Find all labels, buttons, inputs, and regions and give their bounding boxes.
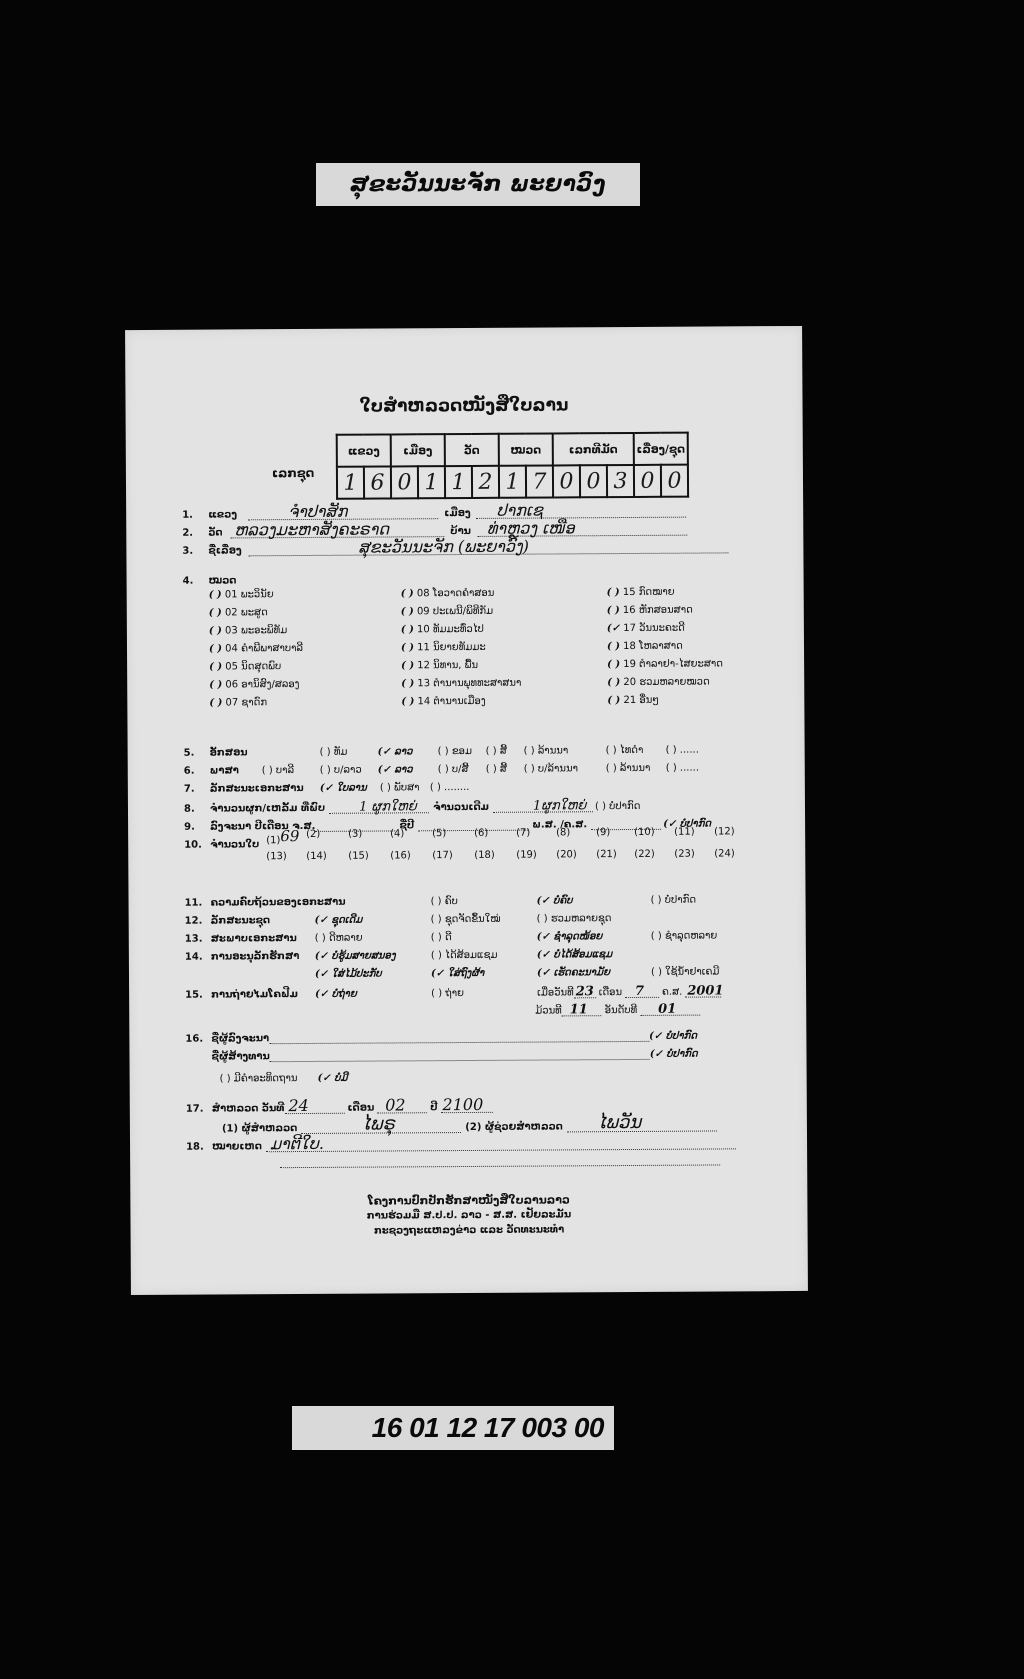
script-option-tham[interactable]: ( ) ທັມ <box>320 747 378 758</box>
leaf-count-8[interactable]: (8) <box>556 827 570 838</box>
language-option-other[interactable]: ( ) ...... <box>666 763 699 774</box>
header-bundle-no: ເລກທີມັດ <box>553 433 634 465</box>
field-number: 4. <box>183 576 209 587</box>
code-digit: 1 <box>418 466 445 498</box>
leaf-count-7[interactable]: (7) <box>516 828 530 839</box>
code-digit: 0 <box>580 465 607 497</box>
remarks-line-2[interactable] <box>280 1154 720 1168</box>
leaf-count-13[interactable]: (13) <box>266 851 287 862</box>
leaf-count-17[interactable]: (17) <box>432 850 453 861</box>
donor-field[interactable] <box>270 1047 650 1062</box>
field-number: 10. <box>184 840 210 851</box>
fascicles-original-label: ຈຳນວນເດີມ <box>433 802 489 813</box>
title-value: ສຸຂະວັນນະຈັກ (ພະຍາວົງ) <box>358 537 529 557</box>
footer-project-name: ໂຄງການປົກປັກຮັກສາໜັງສືໃບລານລາວ <box>130 1192 807 1209</box>
category-option-07[interactable]: ( ) 07 ຊາດົກ <box>209 697 267 708</box>
field-12-set-type: 12. ລັກສະນະຊຸດ (✓ ຊຸດເດີມ ( ) ຊຸດຈັດຂຶ້ນ… <box>185 913 612 927</box>
province-value: ຈຳປາສັກ <box>288 502 347 521</box>
donor-unknown-option[interactable]: (✓ ບໍ່ປາກົດ <box>650 1049 698 1060</box>
code-digit: 0 <box>661 465 688 497</box>
language-option-pali-lao[interactable]: ( ) ບ/ລາວ <box>320 765 378 776</box>
film-day-value: 23 <box>576 984 594 999</box>
material-option-other[interactable]: ( ) ........ <box>430 782 470 793</box>
field-number: 2. <box>182 528 208 539</box>
category-options: ( ) 01 ພະວິນັຍ ( ) 02 ພະສູດ ( ) 03 ພະອະພ… <box>209 586 770 714</box>
category-option-09[interactable]: ( ) 09 ປະເພນີ/ພິທີກັມ <box>401 606 493 618</box>
village-field[interactable]: ທ່າຫຼວງ ເໜືອ <box>477 523 687 537</box>
category-option-08[interactable]: ( ) 08 ໂອວາດຄຳສອນ <box>401 588 495 600</box>
assistant-value: ໄພວັນ <box>597 1112 642 1133</box>
sequence-field[interactable]: 01 <box>640 1003 700 1016</box>
header-category: ໝວດ <box>499 433 553 465</box>
temple-value: ຫລວງມະຫາສັງຄະຣາດ <box>234 519 389 539</box>
category-label: ໝວດ <box>209 575 237 586</box>
field-number: 11. <box>185 898 211 909</box>
code-digit: 2 <box>472 466 499 498</box>
leaf-count-2[interactable]: (2) <box>306 829 320 840</box>
field-number: 18. <box>186 1142 212 1153</box>
category-option-06[interactable]: ( ) 06 ອານິສົງ/ສລອງ <box>209 679 299 691</box>
field-17-surveyors: (1) ຜູ້ສຳຫລວດ ໄພຣຸ (2) ຜູ້ຊ່ວຍສຳຫລວດ ໄພວ… <box>222 1118 717 1134</box>
field-8-fascicles: 8. ຈຳນວນຜູກ/ເຫລັ້ມ ທີ່ພົບ 1 ຜູກໃຫຍ່ ຈຳນວ… <box>184 799 641 815</box>
assistant-label: (2) ຜູ້ຊ່ວຍສຳຫລວດ <box>465 1121 563 1133</box>
fascicles-found-field[interactable]: 1 ຜູກໃຫຍ່ <box>329 800 429 814</box>
surveyor-value: ໄພຣຸ <box>361 1113 395 1134</box>
assistant-field[interactable]: ໄພວັນ <box>567 1118 717 1132</box>
category-option-10[interactable]: ( ) 10 ທັມມະທົ່ວໄປ <box>401 624 484 636</box>
fascicles-found-value: 1 ຜູກໃຫຍ່ <box>359 799 417 814</box>
category-option-15[interactable]: ( ) 15 ກົດໝາຍ <box>607 587 675 598</box>
surveyor-label: (1) ຜູ້ສຳຫລວດ <box>222 1123 297 1134</box>
completeness-option-incomplete[interactable]: (✓ ບໍ່ຄົບ <box>537 895 651 907</box>
field-14-preservation: 14. ການອະນຸລັກຮັກສາ (✓ ບໍ່ຮູ້ມສາຍສນອງ ( … <box>185 949 612 963</box>
sequence-label: ອັນດັບທີ <box>605 1005 637 1016</box>
code-digit: 3 <box>607 465 634 497</box>
province-label: ແຂວງ <box>208 509 248 520</box>
scribe-field[interactable] <box>269 1029 649 1044</box>
registration-label: ເລກຊຸດ <box>272 466 314 480</box>
field-17-survey-date: 17. ສຳຫລວດ ວັນທີ 24 ເດືອນ 02 ປີ 2100 <box>186 1100 493 1115</box>
category-option-05[interactable]: ( ) 05 ນິດສຸດພົບ <box>209 661 281 672</box>
title-field[interactable]: ສຸຂະວັນນະຈັກ (ພະຍາວົງ) <box>248 540 728 556</box>
film-day-field[interactable]: 23 <box>574 985 596 998</box>
leaf-count-24[interactable]: (24) <box>714 848 735 859</box>
field-16-blessing: ( ) ມີຄຳອະທິດຖານ (✓ ບໍ່ມີ <box>220 1073 348 1085</box>
category-option-04[interactable]: ( ) 04 ຄຳພີພາສາບາລີ <box>209 643 303 655</box>
leaf-count-19[interactable]: (19) <box>516 850 537 861</box>
field-15-microfilm: 15. ການຖ່າຍໄມໂຄຟີມ (✓ ບໍ່ຖ່າຍ ( ) ຖ່າຍ ເ… <box>185 984 721 1000</box>
field-14-preservation-continued: (✓ ໃສ່ໄມ້ປະກັບ (✓ ໃສ່ຖົງຜ້າ (✓ ເຮັດຄະນາມ… <box>185 966 719 980</box>
code-digit: 6 <box>364 466 391 498</box>
set-type-option-original[interactable]: (✓ ຊຸດເດີມ <box>315 914 431 926</box>
condition-label: ສະພາບເອກະສານ <box>211 933 315 945</box>
field-4-category: 4. ໝວດ <box>183 575 237 586</box>
temple-field[interactable]: ຫລວງມະຫາສັງຄະຣາດ <box>230 524 444 538</box>
title-label: ຊື່ເລື່ອງ <box>208 545 248 556</box>
field-number: 5. <box>184 748 210 759</box>
material-option-mulberry-paper[interactable]: ( ) ພັບສາ <box>380 782 430 793</box>
code-digit: 1 <box>499 466 526 498</box>
field-1-province-district: 1. ແຂວງ ຈຳປາສັກ ເມືອງ ປາກເຊ <box>182 505 687 521</box>
preservation-option-1[interactable]: (✓ ບໍ່ຮູ້ມສາຍສນອງ <box>315 950 431 962</box>
header-title-set: ເລື່ອງ/ຊຸດ <box>634 433 688 465</box>
preservation-option-wooden-covers[interactable]: (✓ ໃສ່ໄມ້ປະກັບ <box>315 968 431 980</box>
survey-day-field[interactable]: 24 <box>284 1101 344 1114</box>
scribe-label: ຊື່ຜູ້ລົງຈະນາ <box>211 1033 269 1044</box>
category-option-21[interactable]: ( ) 21 ອື່ນໆ <box>607 695 659 706</box>
microfilm-code-label: 16 01 12 17 003 00 <box>292 1406 614 1450</box>
leaf-count-9[interactable]: (9) <box>596 827 610 838</box>
microfilm-option-not-filmed[interactable]: (✓ ບໍ່ຖ່າຍ <box>315 988 431 1000</box>
header-temple: ວັດ <box>445 434 499 466</box>
condition-option-good[interactable]: ( ) ດີ <box>431 932 537 944</box>
category-option-01[interactable]: ( ) 01 ພະວິນັຍ <box>209 589 274 600</box>
leaf-count-16[interactable]: (16) <box>390 850 411 861</box>
field-number: 8. <box>184 804 210 815</box>
field-15-roll: ມ້ວນທີ 11 ອັນດັບທີ 01 <box>535 1003 700 1017</box>
completeness-label: ຄວາມຄົບຖ້ວນຂອງເອກະສານ <box>211 896 431 908</box>
film-month-field[interactable]: 7 <box>625 985 659 998</box>
survey-date-label: ສຳຫລວດ ວັນທີ <box>212 1103 285 1114</box>
leaf-count-label: ຈຳນວນໃບ <box>210 839 272 850</box>
field-number: 7. <box>184 784 210 795</box>
leaf-count-22[interactable]: (22) <box>634 849 655 860</box>
field-16-donor: ຊື່ຜູ້ສ້າງທານ (✓ ບໍ່ປາກົດ <box>185 1047 697 1063</box>
scribe-unknown-option[interactable]: (✓ ບໍ່ປາກົດ <box>649 1031 697 1042</box>
district-label: ເມືອງ <box>444 508 471 519</box>
category-option-16[interactable]: ( ) 16 ຫັກສອນສາດ <box>607 605 693 617</box>
language-option-pali[interactable]: ( ) ບາລີ <box>262 765 320 776</box>
district-value: ປາກເຊ <box>497 501 543 520</box>
category-option-17[interactable]: (✓ 17 ວັນນະຄະດີ <box>607 623 685 634</box>
material-option-palm-leaf[interactable]: (✓ ໃບລານ <box>320 783 380 794</box>
category-option-19[interactable]: ( ) 19 ຕຳລາຢາ-ໄສຍະສາດ <box>607 658 723 670</box>
leaf-count-1[interactable]: (1)69 <box>266 829 299 847</box>
category-option-14[interactable]: ( ) 14 ຕຳນານເມືອງ <box>401 696 485 708</box>
script-label: ອັກສອນ <box>210 747 320 759</box>
survey-year-value: 2100 <box>442 1095 483 1114</box>
field-number: 14. <box>185 952 211 963</box>
leaf-count-grid: (1)69 (2) (3) (4) (5) (6) (7) (8) (9) (1… <box>266 826 786 869</box>
condition-option-very-good[interactable]: ( ) ດີຫລາຍ <box>315 932 431 944</box>
leaf-count-6[interactable]: (6) <box>474 828 488 839</box>
film-year-field[interactable]: 2001 <box>685 984 721 997</box>
field-10-leaf-count: 10. ຈຳນວນໃບ <box>184 839 272 851</box>
category-option-02[interactable]: ( ) 02 ພະສູດ <box>209 607 268 618</box>
village-value: ທ່າຫຼວງ ເໜືອ <box>487 518 575 538</box>
field-number: 1. <box>182 510 208 521</box>
leaf-count-21[interactable]: (21) <box>596 849 617 860</box>
code-digit: 0 <box>553 465 580 497</box>
survey-day-value: 24 <box>288 1096 308 1115</box>
leaf-count-5[interactable]: (5) <box>432 828 446 839</box>
remarks-value: ມາຕີໃບ. <box>270 1134 324 1153</box>
roll-value: 11 <box>570 1002 588 1017</box>
survey-month-value: 02 <box>385 1095 405 1114</box>
leaf-count-4[interactable]: (4) <box>390 828 404 839</box>
field-11-completeness: 11. ຄວາມຄົບຖ້ວນຂອງເອກະສານ ( ) ຄົບ (✓ ບໍ່… <box>185 895 697 909</box>
leaf-count-20[interactable]: (20) <box>556 849 577 860</box>
field-5-script: 5. ອັກສອນ ( ) ທັມ (✓ ລາວ ( ) ຂອມ ( ) ສີ້… <box>184 745 699 759</box>
preservation-option-not-repaired[interactable]: (✓ ບໍ່ໄດ້ສ້ອມແຊມ <box>537 949 612 960</box>
village-label: ບ້ານ <box>450 526 471 537</box>
leaf-count-23[interactable]: (23) <box>674 849 695 860</box>
film-month-value: 7 <box>635 984 644 999</box>
category-option-12[interactable]: ( ) 12 ນິທານ, ພື້ນ <box>401 660 478 671</box>
code-digit: 0 <box>391 466 418 498</box>
language-option-pali-lanna[interactable]: ( ) ບ/ລ້ານນາ <box>524 763 606 775</box>
field-number: 12. <box>185 916 211 927</box>
microfilm-label: ການຖ່າຍໄມໂຄຟີມ <box>211 989 315 1001</box>
script-option-khom[interactable]: ( ) ຂອມ <box>438 746 486 757</box>
preservation-option-chemicals[interactable]: ( ) ໃຊ້ນ້ຳຢາເຄມີ <box>651 966 719 977</box>
header-district: ເມືອງ <box>391 434 445 466</box>
completeness-option-unknown[interactable]: ( ) ບໍ່ປາກົດ <box>651 895 697 906</box>
preservation-option-repaired[interactable]: ( ) ໄດ້ສ້ອມແຊມ <box>431 950 537 962</box>
preservation-option-cloth-bag[interactable]: (✓ ໃສ່ຖົງຜ້າ <box>431 968 537 980</box>
district-field[interactable]: ປາກເຊ <box>477 505 687 519</box>
category-option-03[interactable]: ( ) 03 ພະອະພິທັມ <box>209 625 287 636</box>
temple-label: ວັດ <box>208 527 230 538</box>
remarks-field[interactable]: ມາຕີໃບ. <box>266 1136 736 1152</box>
category-option-13[interactable]: ( ) 13 ຕຳນານພຸທທະສາສນາ <box>401 678 521 690</box>
leaf-count-14[interactable]: (14) <box>306 851 327 862</box>
field-16-scribe: 16. ຊື່ຜູ້ລົງຈະນາ (✓ ບໍ່ປາກົດ <box>185 1029 697 1045</box>
language-option-lao[interactable]: (✓ ລາວ <box>378 764 438 775</box>
leaf-count-3[interactable]: (3) <box>348 829 362 840</box>
script-option-other[interactable]: ( ) ...... <box>666 745 699 756</box>
film-year-label: ຄ.ສ. <box>662 987 682 998</box>
form-title: ໃບສຳຫລວດໜັງສືໃບລານ <box>125 394 802 418</box>
script-option-tai-dam[interactable]: ( ) ໄທດຳ <box>606 745 666 756</box>
language-option-pali-si[interactable]: ( ) ບ/ສີ້ <box>438 764 486 775</box>
blessing-option-no[interactable]: (✓ ບໍ່ມີ <box>318 1073 348 1084</box>
leaf-count-15[interactable]: (15) <box>348 851 369 862</box>
code-digit: 7 <box>526 465 553 497</box>
leaf-count-11[interactable]: (11) <box>674 827 695 838</box>
fascicles-original-field[interactable]: 1ຜູກໃຫຍ່ <box>493 799 593 813</box>
remarks-label: ໝາຍເຫດ <box>212 1141 262 1152</box>
category-option-11[interactable]: ( ) 11 ນິຍາຍທັມມະ <box>401 642 486 654</box>
field-13-condition: 13. ສະພາບເອກະສານ ( ) ດີຫລາຍ ( ) ດີ (✓ ຊຳ… <box>185 930 718 944</box>
registration-code-table: ແຂວງ ເມືອງ ວັດ ໝວດ ເລກທີມັດ ເລື່ອງ/ຊຸດ 1… <box>336 432 689 500</box>
completeness-option-complete[interactable]: ( ) ຄົບ <box>431 896 537 908</box>
surveyor-field[interactable]: ໄພຣຸ <box>301 1120 461 1134</box>
fascicles-original-value: 1ຜູກໃຫຍ່ <box>533 798 586 813</box>
language-option-lanna[interactable]: ( ) ລ້ານນາ <box>606 763 666 774</box>
film-year-value: 2001 <box>687 983 723 998</box>
set-type-option-new[interactable]: ( ) ຊຸດຈັດຂຶ້ນໃໝ່ <box>431 914 537 926</box>
header-province: ແຂວງ <box>337 434 391 466</box>
field-number: 16. <box>185 1034 211 1045</box>
language-option-si[interactable]: ( ) ສີ້ <box>486 764 524 775</box>
preservation-label: ການອະນຸລັກຮັກສາ <box>211 951 315 963</box>
field-number: 6. <box>184 766 210 777</box>
roll-field[interactable]: 11 <box>562 1003 602 1016</box>
preservation-option-cleaned[interactable]: (✓ ເຮັດຄະນາມັຍ <box>537 967 651 979</box>
survey-year-label: ປີ <box>430 1102 437 1113</box>
field-7-material: 7. ລັກສະນະເອກະສານ (✓ ໃບລານ ( ) ພັບສາ ( )… <box>184 782 470 795</box>
material-label: ລັກສະນະເອກະສານ <box>210 783 320 795</box>
fascicles-found-label: ຈຳນວນຜູກ/ເຫລັ້ມ ທີ່ພົບ <box>210 803 325 815</box>
survey-year-field[interactable]: 2100 <box>440 1100 492 1113</box>
language-label: ພາສາ <box>210 765 262 776</box>
field-18-remarks: 18. ໝາຍເຫດ ມາຕີໃບ. <box>186 1136 736 1152</box>
script-option-lao[interactable]: (✓ ລາວ <box>378 746 438 757</box>
field-3-title: 3. ຊື່ເລື່ອງ ສຸຂະວັນນະຈັກ (ພະຍາວົງ) <box>182 540 728 556</box>
survey-month-field[interactable]: 02 <box>377 1100 427 1113</box>
script-option-lanna[interactable]: ( ) ລ້ານນາ <box>524 745 606 757</box>
set-type-label: ລັກສະນະຊຸດ <box>211 915 315 927</box>
fascicles-unknown-option[interactable]: ( ) ບໍ່ປາກົດ <box>595 801 641 812</box>
roll-label: ມ້ວນທີ <box>535 1005 562 1016</box>
set-type-option-combined[interactable]: ( ) ຮວມຫລາຍຊຸດ <box>537 913 612 924</box>
film-month-label: ເດືອນ <box>599 987 622 998</box>
microfilm-title-label: ສຸຂະວັນນະຈັກ ພະຍາວົງ <box>316 163 640 206</box>
sequence-value: 01 <box>658 1002 676 1017</box>
script-option-si[interactable]: ( ) ສີ້ <box>486 746 524 757</box>
microfilm-option-filmed[interactable]: ( ) ຖ່າຍ <box>431 988 537 1000</box>
leaf-count-12[interactable]: (12) <box>714 826 735 837</box>
donor-label: ຊື່ຜູ້ສ້າງທານ <box>211 1051 269 1062</box>
province-field[interactable]: ຈຳປາສັກ <box>248 506 438 520</box>
footer-cooperation: ການຮ່ວມມື ສ.ປ.ປ. ລາວ - ສ.ສ. ເຢັຍລະມັນ <box>130 1208 807 1223</box>
condition-option-heavily-damaged[interactable]: ( ) ຊຳລຸດຫລາຍ <box>651 930 718 941</box>
category-option-18[interactable]: ( ) 18 ໂຫລາສາດ <box>607 641 683 652</box>
code-digit: 1 <box>445 466 472 498</box>
blessing-option-yes[interactable]: ( ) ມີຄຳອະທິດຖານ <box>220 1073 318 1085</box>
field-number: 9. <box>184 822 210 833</box>
leaf-count-10[interactable]: (10) <box>634 827 655 838</box>
field-number: 17. <box>186 1104 212 1115</box>
code-digit: 1 <box>337 467 364 499</box>
field-number: 3. <box>182 546 208 557</box>
leaf-count-18[interactable]: (18) <box>474 850 495 861</box>
footer-ministry: ກະຊວງຖະແຫລງຂ່າວ ແລະ ວັດທະນະທຳ <box>131 1223 808 1238</box>
code-digit: 0 <box>634 465 661 497</box>
survey-form-document: ໃບສຳຫລວດໜັງສືໃບລານ ເລກຊຸດ ແຂວງ ເມືອງ ວັດ… <box>125 326 808 1295</box>
survey-month-label: ເດືອນ <box>347 1103 374 1114</box>
film-date-label: ເມື່ອວັນທີ <box>537 987 574 998</box>
field-6-language: 6. ພາສາ ( ) ບາລີ ( ) ບ/ລາວ (✓ ລາວ ( ) ບ/… <box>184 763 699 777</box>
category-option-20[interactable]: ( ) 20 ຮວມຫລາຍໝວດ <box>607 677 710 689</box>
field-number: 15. <box>185 990 211 1001</box>
condition-option-slightly-damaged[interactable]: (✓ ຊຳລຸດໜ້ອຍ <box>537 931 651 943</box>
field-number: 13. <box>185 934 211 945</box>
